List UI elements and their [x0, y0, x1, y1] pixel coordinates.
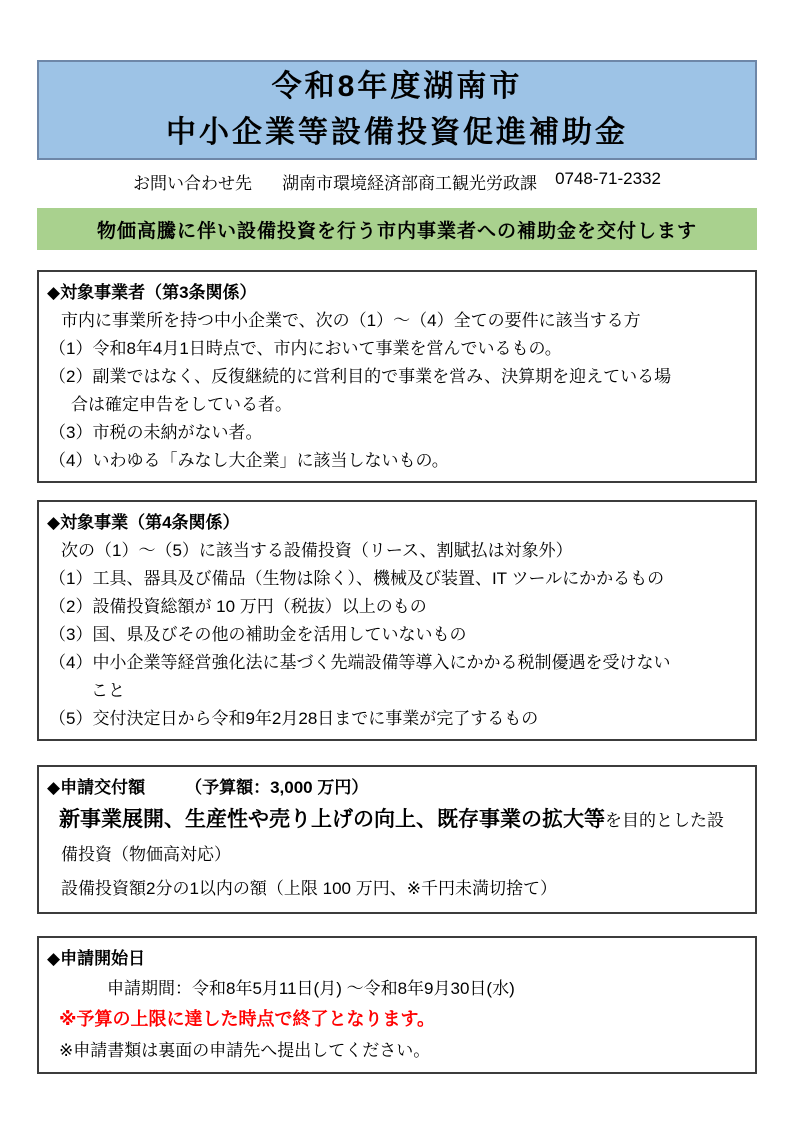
section-grant-amount: ◆申請交付額 （予算額：3,000 万円） 新事業展開、生産性や売り上げの向上、…: [37, 765, 757, 914]
eligible-item-2: （2）副業ではなく、反復継続的に営利目的で事業を営み、決算期を迎えている場: [49, 363, 747, 391]
grant-emphasis: 新事業展開、生産性や売り上げの向上、既存事業の拡大等: [59, 808, 605, 831]
budget-limit-alert: ※予算の上限に達した時点で終了となります。: [59, 1004, 747, 1035]
target-item-4: （4）中小企業等経営強化法に基づく先端設備等導入にかかる税制優遇を受けない: [49, 649, 747, 677]
target-heading: ◆対象事業（第4条関係）: [47, 509, 747, 537]
grant-heading: ◆申請交付額: [47, 774, 145, 802]
contact-phone: 0748-71-2332: [555, 169, 661, 194]
contact-department: 湖南市環境経済部商工観光労政課: [282, 169, 537, 194]
target-intro: 次の（1）～（5）に該当する設備投資（リース、割賦払は対象外）: [61, 537, 747, 565]
section-target-projects: ◆対象事業（第4条関係） 次の（1）～（5）に該当する設備投資（リース、割賦払は…: [37, 500, 757, 741]
grant-emphasis-suffix: を目的とした設: [605, 811, 724, 830]
target-item-3: （3）国、県及びその他の補助金を活用していないもの: [49, 621, 747, 649]
eligible-item-3: （3）市税の未納がない者。: [49, 419, 747, 447]
highlight-banner: 物価高騰に伴い設備投資を行う市内事業者への補助金を交付します: [37, 208, 757, 250]
appstart-heading: ◆申請開始日: [47, 945, 747, 973]
eligible-item-4: （4）いわゆる「みなし大企業」に該当しないもの。: [49, 447, 747, 475]
contact-label: お問い合わせ先: [133, 169, 252, 194]
section-eligible-businesses: ◆対象事業者（第3条関係） 市内に事業所を持つ中小企業で、次の（1）～（4）全て…: [37, 270, 757, 483]
target-item-4-continuation: こと: [91, 677, 747, 705]
target-item-5: （5）交付決定日から令和9年2月28日までに事業が完了するもの: [49, 705, 747, 733]
title-line-2: 中小企業等設備投資促進補助金: [166, 113, 628, 153]
submission-note: ※申請書類は裏面の申請先へ提出してください。: [59, 1035, 747, 1066]
flyer-page: 令和8年度湖南市 中小企業等設備投資促進補助金 お問い合わせ先 湖南市環境経済部…: [0, 0, 794, 1123]
eligible-item-2-continuation: 合は確定申告をしている者。: [71, 391, 747, 419]
eligible-heading: ◆対象事業者（第3条関係）: [47, 279, 747, 307]
grant-line-3: 設備投資額2分の1以内の額（上限 100 万円、※千円未満切捨て）: [61, 872, 747, 906]
section-application-start: ◆申請開始日 申請期間：令和8年5月11日(月) ～令和8年9月30日(水) ※…: [37, 936, 757, 1074]
contact-row: お問い合わせ先 湖南市環境経済部商工観光労政課 0748-71-2332: [37, 160, 757, 202]
grant-budget: （予算額：3,000 万円）: [185, 774, 368, 802]
header-title-box: 令和8年度湖南市 中小企業等設備投資促進補助金: [37, 60, 757, 160]
grant-purpose-line: 新事業展開、生産性や売り上げの向上、既存事業の拡大等を目的とした設: [59, 802, 747, 840]
application-period: 申請期間：令和8年5月11日(月) ～令和8年9月30日(水): [107, 973, 747, 1004]
title-line-1: 令和8年度湖南市: [272, 67, 523, 107]
grant-line-2: 備投資（物価高対応）: [61, 840, 747, 870]
banner-text: 物価高騰に伴い設備投資を行う市内事業者への補助金を交付します: [97, 216, 697, 243]
target-item-1: （1）工具、器具及び備品（生物は除く）、機械及び装置、IT ツールにかかるもの: [49, 565, 747, 593]
eligible-intro: 市内に事業所を持つ中小企業で、次の（1）～（4）全ての要件に該当する方: [61, 307, 747, 335]
grant-heading-row: ◆申請交付額 （予算額：3,000 万円）: [47, 774, 747, 802]
target-item-2: （2）設備投資総額が 10 万円（税抜）以上のもの: [49, 593, 747, 621]
eligible-item-1: （1）令和8年4月1日時点で、市内において事業を営んでいるもの。: [49, 335, 747, 363]
